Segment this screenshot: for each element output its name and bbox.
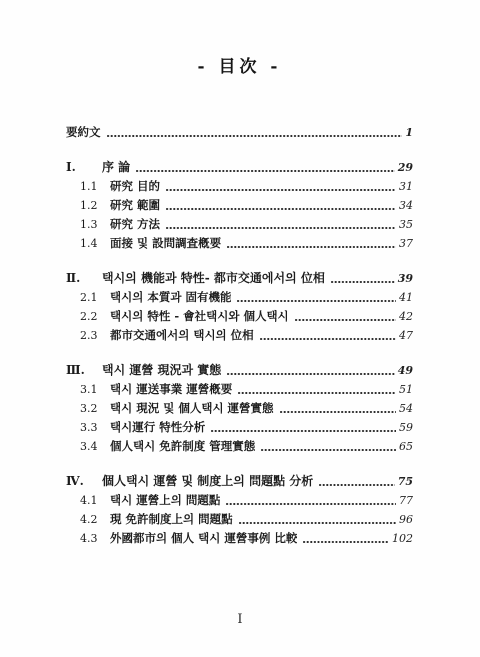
toc-entry-page: 54 bbox=[399, 399, 413, 418]
toc-entry-label: 택시 運營上의 問題點 bbox=[110, 491, 220, 510]
toc: 要約文1Ⅰ.序 論291.1研究 目的311.2研究 範圍341.3研究 方法3… bbox=[66, 123, 413, 548]
toc-entry-page: 49 bbox=[398, 361, 413, 380]
toc-entry: 3.2택시 現況 및 個人택시 運營實態54 bbox=[66, 399, 413, 418]
toc-entry-label: 現 免許制度上의 問題點 bbox=[110, 510, 233, 529]
toc-entry: Ⅰ.序 論29 bbox=[66, 158, 413, 177]
toc-entry-label: 택시의 特性 - 會社택시와 個人택시 bbox=[110, 307, 289, 326]
toc-entry-number: 3.2 bbox=[80, 399, 102, 418]
toc-entry-page: 34 bbox=[399, 196, 413, 215]
toc-entry-number: 1.4 bbox=[80, 234, 102, 253]
toc-entry-page: 47 bbox=[399, 326, 413, 345]
dot-leader bbox=[295, 318, 396, 322]
toc-section: Ⅲ.택시 運營 現況과 實態493.1택시 運送事業 運營槪要513.2택시 現… bbox=[66, 361, 413, 456]
dot-leader bbox=[107, 134, 403, 138]
toc-section: Ⅰ.序 論291.1研究 目的311.2研究 範圍341.3研究 方法351.4… bbox=[66, 158, 413, 253]
toc-entry: Ⅲ.택시 運營 現況과 實態49 bbox=[66, 361, 413, 380]
dot-leader bbox=[166, 226, 396, 230]
toc-entry-number: 3.3 bbox=[80, 418, 102, 437]
toc-entry-label: 面接 및 設問調査槪要 bbox=[110, 234, 221, 253]
toc-entry-label: 個人택시 免許制度 管理實態 bbox=[110, 437, 255, 456]
toc-entry-label: 都市交通에서의 택시의 位相 bbox=[110, 326, 254, 345]
dot-leader bbox=[227, 245, 396, 249]
toc-entry: 4.3外國都市의 個人 택시 運營事例 比較102 bbox=[66, 529, 413, 548]
toc-entry: Ⅳ.個人택시 運營 및 制度上의 問題點 分析75 bbox=[66, 472, 413, 491]
toc-entry-page: 39 bbox=[398, 269, 413, 288]
dot-leader bbox=[319, 483, 394, 487]
toc-entry-number: 1.1 bbox=[80, 177, 102, 196]
toc-entry: 3.4個人택시 免許制度 管理實態65 bbox=[66, 437, 413, 456]
toc-entry-page: 59 bbox=[399, 418, 413, 437]
toc-entry-number: 1.2 bbox=[80, 196, 102, 215]
toc-entry-number: Ⅱ. bbox=[66, 269, 94, 288]
toc-entry-page: 37 bbox=[399, 234, 413, 253]
toc-entry-page: 1 bbox=[405, 123, 413, 142]
dot-leader bbox=[136, 169, 395, 173]
toc-entry-number: 3.4 bbox=[80, 437, 102, 456]
toc-entry-page: 42 bbox=[399, 307, 413, 326]
toc-entry-number: 3.1 bbox=[80, 380, 102, 399]
toc-entry-label: 個人택시 運營 및 制度上의 問題點 分析 bbox=[102, 472, 313, 491]
toc-entry: 要約文1 bbox=[66, 123, 413, 142]
toc-entry-label: 택시 運送事業 運營槪要 bbox=[110, 380, 232, 399]
toc-entry: 4.2現 免許制度上의 問題點96 bbox=[66, 510, 413, 529]
dot-leader bbox=[238, 391, 396, 395]
toc-entry-number: Ⅳ. bbox=[66, 472, 94, 491]
toc-entry-page: 75 bbox=[398, 472, 413, 491]
toc-entry: 2.2택시의 特性 - 會社택시와 個人택시42 bbox=[66, 307, 413, 326]
toc-entry: 1.2研究 範圍34 bbox=[66, 196, 413, 215]
dot-leader bbox=[227, 372, 394, 376]
toc-entry-label: 택시의 機能과 特性- 都市交通에서의 位相 bbox=[102, 269, 325, 288]
toc-entry: 2.3都市交通에서의 택시의 位相47 bbox=[66, 326, 413, 345]
dot-leader bbox=[237, 299, 396, 303]
dot-leader bbox=[166, 207, 396, 211]
toc-section: Ⅳ.個人택시 運營 및 制度上의 問題點 分析754.1택시 運營上의 問題點7… bbox=[66, 472, 413, 548]
toc-entry: 2.1택시의 本質과 固有機能41 bbox=[66, 288, 413, 307]
toc-entry-number: 1.3 bbox=[80, 215, 102, 234]
dot-leader bbox=[303, 540, 389, 544]
toc-entry: 1.3研究 方法35 bbox=[66, 215, 413, 234]
toc-entry-number: 2.2 bbox=[80, 307, 102, 326]
toc-entry-label: 택시 現況 및 個人택시 運營實態 bbox=[110, 399, 274, 418]
toc-entry: 3.3택시運行 特性分析59 bbox=[66, 418, 413, 437]
toc-entry-label: 研究 範圍 bbox=[110, 196, 160, 215]
toc-entry-number: 4.3 bbox=[80, 529, 102, 548]
toc-entry-label: 外國都市의 個人 택시 運營事例 比較 bbox=[110, 529, 297, 548]
toc-entry: 1.1研究 目的31 bbox=[66, 177, 413, 196]
toc-entry-label: 研究 目的 bbox=[110, 177, 160, 196]
toc-entry: 4.1택시 運營上의 問題點77 bbox=[66, 491, 413, 510]
dot-leader bbox=[166, 188, 396, 192]
toc-entry-page: 102 bbox=[392, 529, 413, 548]
toc-entry-number: Ⅰ. bbox=[66, 158, 94, 177]
dot-leader bbox=[331, 280, 395, 284]
toc-entry: 3.1택시 運送事業 運營槪要51 bbox=[66, 380, 413, 399]
footer-page-number: I bbox=[0, 612, 480, 627]
toc-entry-label: 택시 運營 現況과 實態 bbox=[102, 361, 221, 380]
toc-entry-label: 研究 方法 bbox=[110, 215, 160, 234]
dot-leader bbox=[280, 410, 396, 414]
dot-leader bbox=[261, 448, 396, 452]
toc-entry-number: 2.3 bbox=[80, 326, 102, 345]
toc-entry-page: 96 bbox=[399, 510, 413, 529]
toc-entry-label: 要約文 bbox=[66, 123, 101, 142]
toc-entry-number: 4.2 bbox=[80, 510, 102, 529]
toc-entry-number: 2.1 bbox=[80, 288, 102, 307]
toc-entry-number: 4.1 bbox=[80, 491, 102, 510]
toc-entry: Ⅱ.택시의 機能과 特性- 都市交通에서의 位相39 bbox=[66, 269, 413, 288]
toc-entry-page: 29 bbox=[398, 158, 413, 177]
toc-entry-page: 41 bbox=[399, 288, 413, 307]
toc-entry-number: Ⅲ. bbox=[66, 361, 94, 380]
toc-entry-page: 35 bbox=[399, 215, 413, 234]
dot-leader bbox=[260, 337, 396, 341]
document-page: - 目次 - 要約文1Ⅰ.序 論291.1研究 目的311.2研究 範圍341.… bbox=[0, 0, 480, 657]
toc-section: Ⅱ.택시의 機能과 特性- 都市交通에서의 位相392.1택시의 本質과 固有機… bbox=[66, 269, 413, 345]
dot-leader bbox=[239, 521, 396, 525]
page-title: - 目次 - bbox=[66, 52, 413, 77]
toc-entry-label: 택시運行 特性分析 bbox=[110, 418, 205, 437]
toc-entry-label: 序 論 bbox=[102, 158, 130, 177]
toc-entry-page: 31 bbox=[399, 177, 413, 196]
toc-entry-page: 65 bbox=[399, 437, 413, 456]
dot-leader bbox=[226, 502, 396, 506]
dot-leader bbox=[211, 429, 396, 433]
toc-entry-page: 77 bbox=[399, 491, 413, 510]
toc-entry: 1.4面接 및 設問調査槪要37 bbox=[66, 234, 413, 253]
toc-entry-label: 택시의 本質과 固有機能 bbox=[110, 288, 231, 307]
toc-entry-page: 51 bbox=[399, 380, 413, 399]
